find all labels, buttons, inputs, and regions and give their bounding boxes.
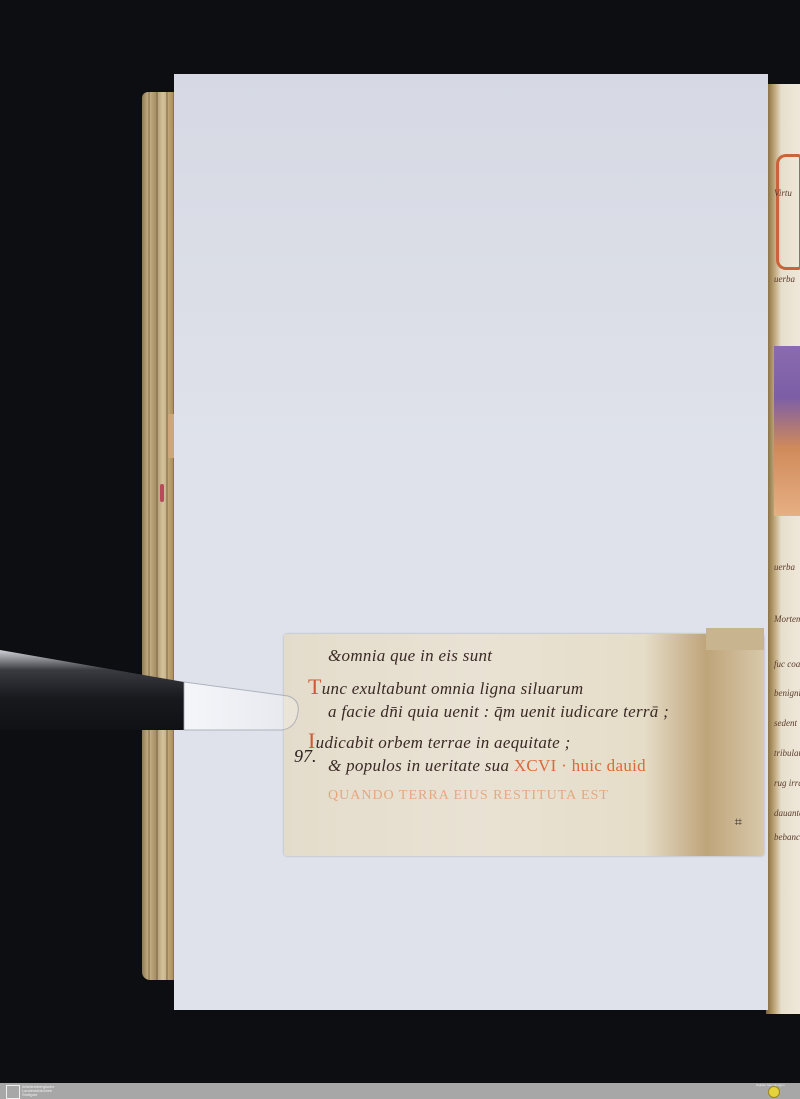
illuminated-initial (776, 154, 800, 270)
blank-insert-sheet (174, 74, 768, 1010)
rubric-line: QUANDO TERRA EIUS RESTITUTA EST (328, 784, 609, 804)
collection-logo-icon[interactable] (768, 1086, 780, 1098)
text-line-3: a facie dn̄i quia uenit : q̄m uenit iudi… (328, 702, 669, 722)
library-logo-text: Württembergische Landesbibliothek Stuttg… (22, 1085, 62, 1097)
red-marker (160, 484, 164, 502)
library-logo-icon[interactable] (6, 1085, 20, 1099)
text-line-1: &omnia que in eis sunt (328, 646, 492, 666)
parchment-fragment: &omnia que in eis sunt Tunc exultabunt o… (284, 634, 764, 856)
text-line-4: Iudicabit orbem terrae in aequitate ; (308, 728, 571, 754)
psalm-rubric: XCVI · huic dauid (514, 756, 646, 775)
folio-number: 97. (294, 746, 317, 767)
facing-folio: Virtu uerba uerba Mortem fuc coacti beni… (766, 84, 800, 1014)
red-initial: T (308, 674, 322, 699)
viewer-footer-bar: Württembergische Landesbibliothek Stuttg… (0, 1083, 800, 1099)
photo-scene: Virtu uerba uerba Mortem fuc coacti beni… (0, 0, 800, 1083)
book-spatula-tool (0, 650, 300, 732)
corner-mark: ⌗ (735, 814, 742, 830)
text-line-5: & populos in ueritate sua XCVI · huic da… (328, 756, 646, 776)
miniature-illumination (774, 346, 800, 516)
text-line-2: Tunc exultabunt omnia ligna siluarum (308, 674, 583, 700)
